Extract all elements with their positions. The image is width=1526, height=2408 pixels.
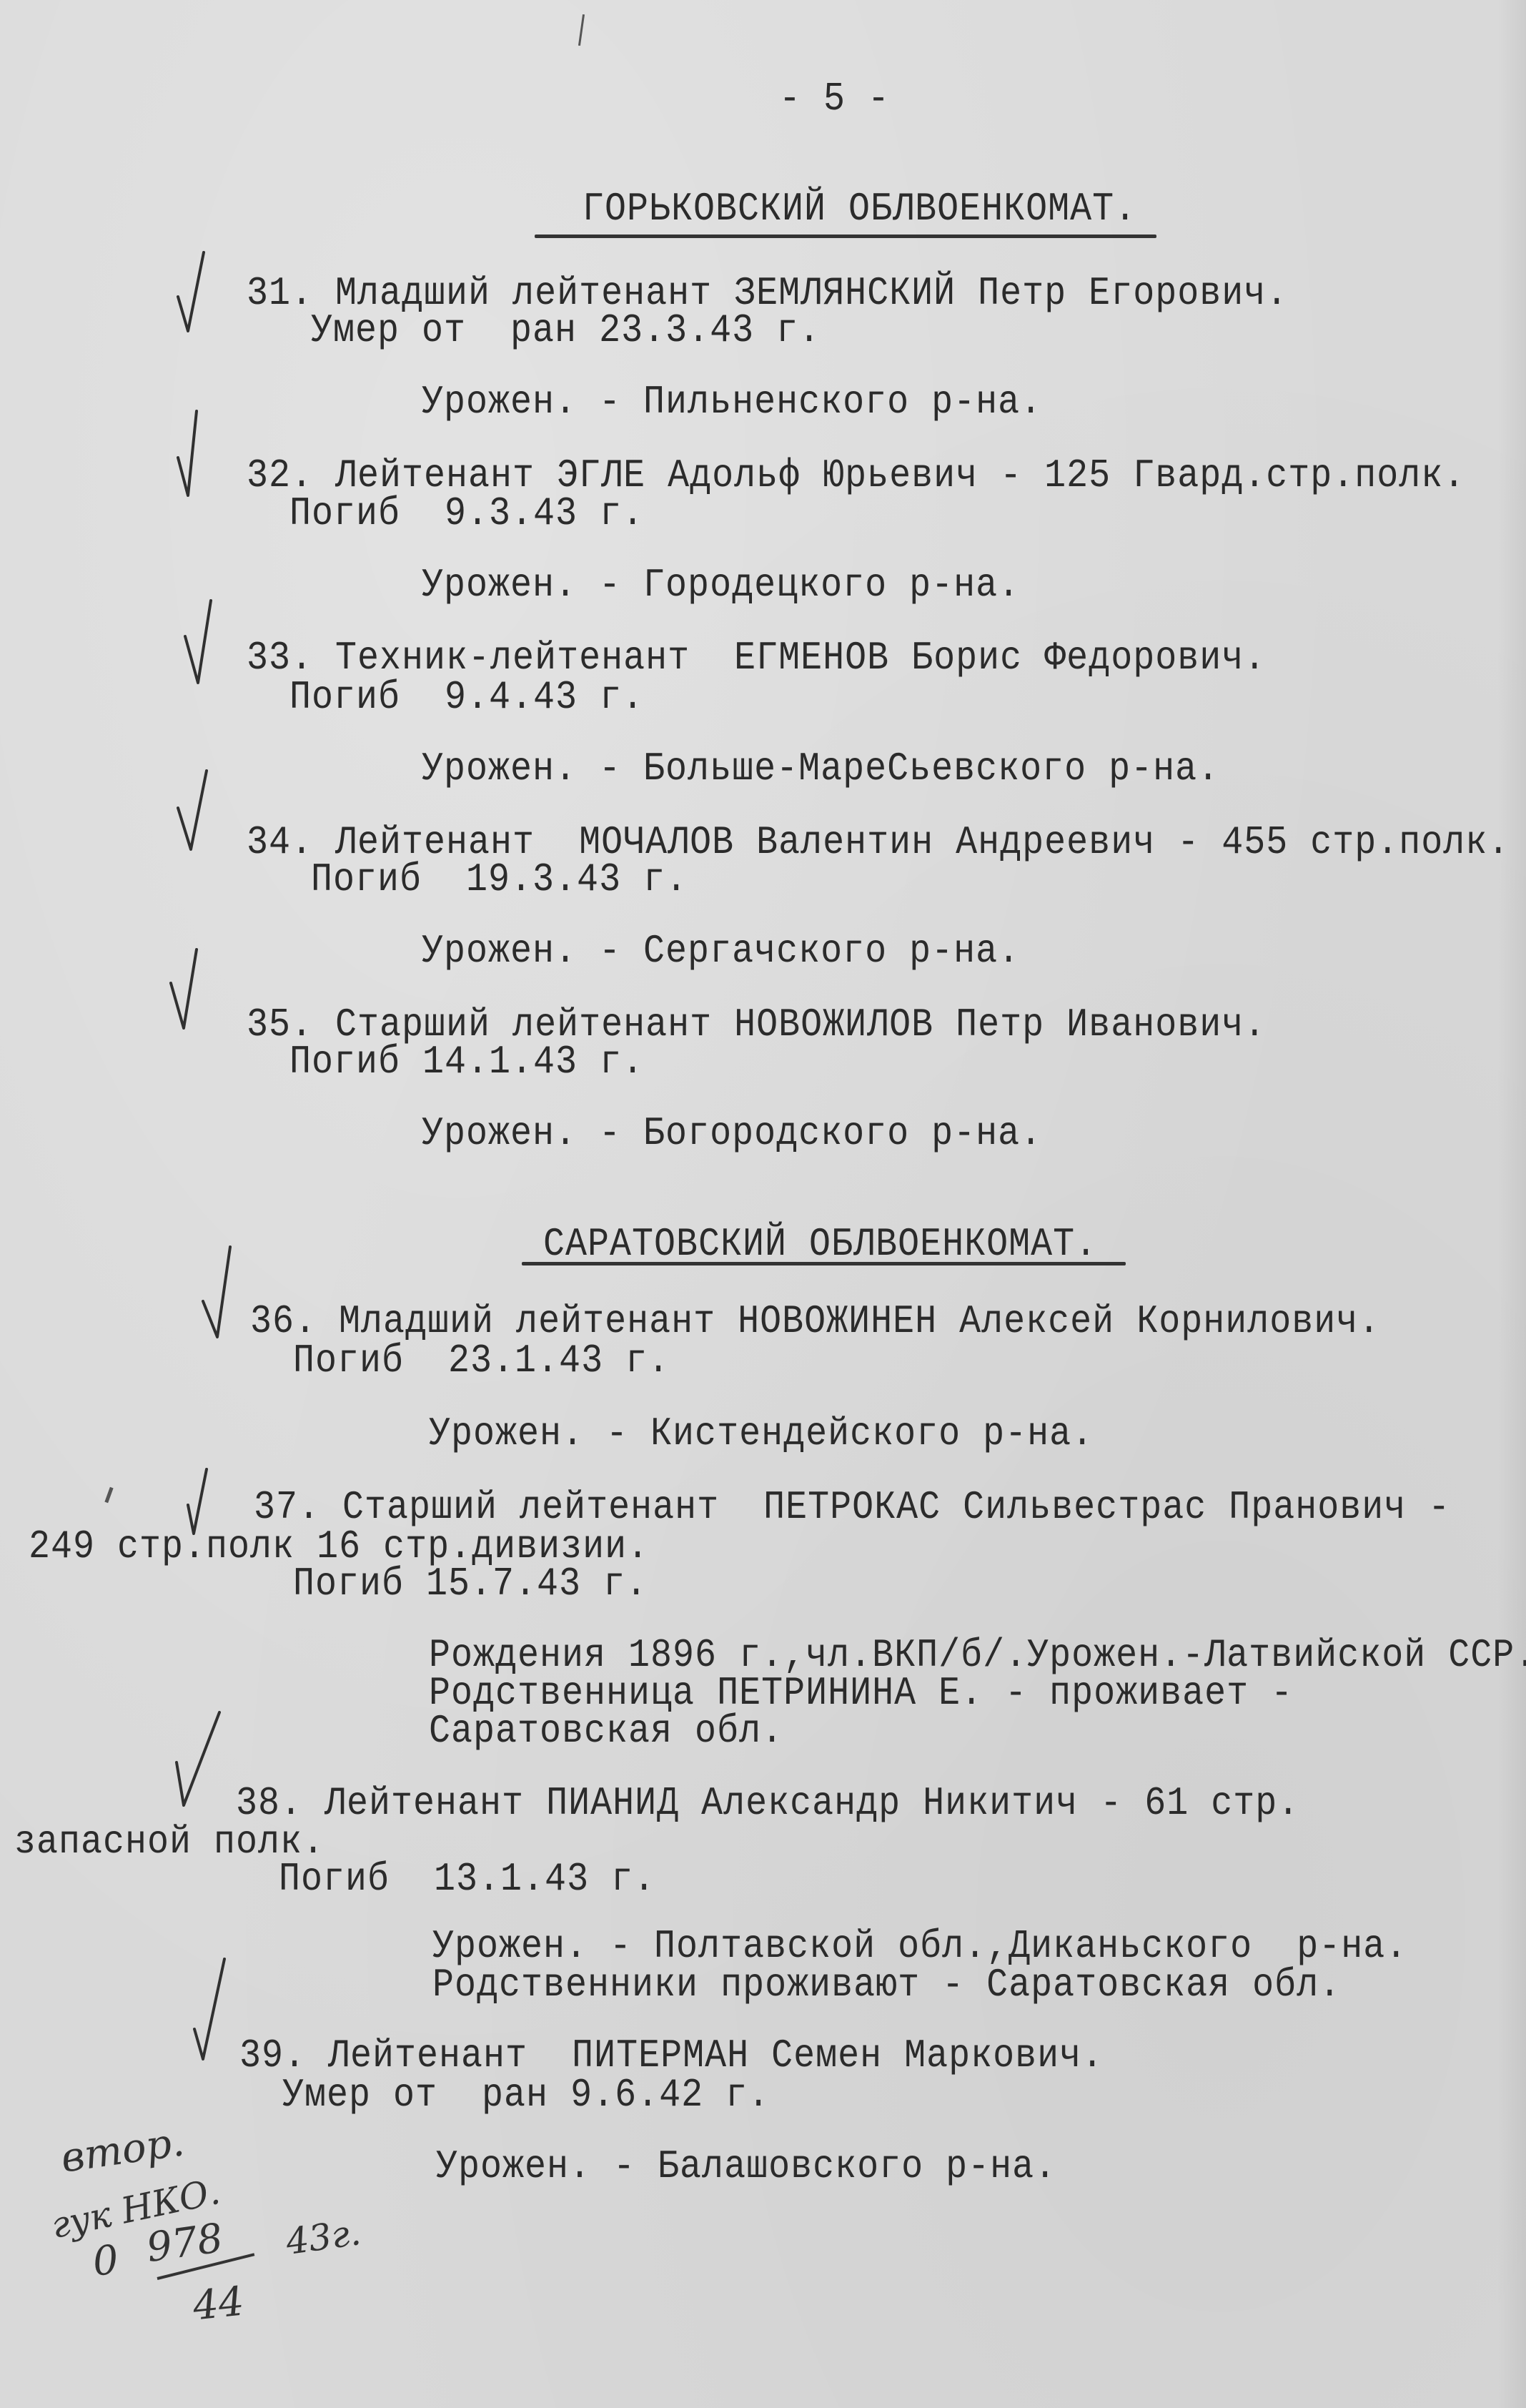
entry-37-status: Погиб 15.7.43 г. (293, 1562, 648, 1607)
entry-36-birthplace: Урожен. - Кистендейского р-на. (429, 1412, 1094, 1457)
entry-32-status: Погиб 9.3.43 г. (289, 492, 644, 537)
entry-34-birthplace: Урожен. - Сергачского р-на. (422, 929, 1020, 974)
checkmark-icon (168, 944, 211, 1044)
entry-35-birthplace: Урожен. - Богородского р-на. (422, 1112, 1042, 1157)
entry-34-status: Погиб 19.3.43 г. (311, 858, 688, 903)
section-heading-saratov: САРАТОВСКИЙ ОБЛВОЕНКОМАТ. (543, 1223, 1097, 1268)
entry-31-status: Умер от ран 23.3.43 г. (311, 309, 821, 354)
entry-31-birthplace: Урожен. - Пильненского р-на. (422, 380, 1042, 425)
checkmark-icon (175, 247, 218, 347)
entry-39-status: Умер от ран 9.6.42 г. (282, 2073, 770, 2118)
page-edge-shadow (1497, 0, 1526, 2408)
entry-35-status: Погиб 14.1.43 г. (289, 1040, 644, 1085)
entry-38-unit: запасной полк. (14, 1820, 324, 1865)
entry-33-status: Погиб 9.4.43 г. (289, 676, 644, 721)
heading-underline (522, 1262, 1126, 1265)
entry-39-birthplace: Урожен. - Балашовского р-на. (436, 2145, 1056, 2190)
heading-underline (535, 235, 1156, 238)
entry-38-title: 38. Лейтенант ПИАНИД Александр Никитич -… (236, 1782, 1299, 1827)
entry-36-status: Погиб 23.1.43 г. (293, 1339, 670, 1384)
checkmark-icon (193, 1959, 236, 2059)
handwritten-note-denominator: 44 (191, 2278, 247, 2329)
checkmark-icon (175, 1712, 218, 1812)
entry-37-detail-3: Саратовская обл. (429, 1709, 783, 1755)
entry-38-detail-2: Родственники проживают - Саратовская обл… (432, 1963, 1341, 2008)
checkmark-icon (200, 1244, 243, 1344)
entry-33-birthplace: Урожен. - Больше-МареСьевского р-на. (422, 747, 1219, 792)
page-number: - 5 - (779, 77, 890, 122)
entry-38-status: Погиб 13.1.43 г. (279, 1857, 655, 1903)
checkmark-icon (175, 404, 218, 504)
checkmark-icon (182, 593, 225, 694)
handwritten-note-prefix: 0 (91, 2236, 121, 2285)
entry-32-birthplace: Урожен. - Городецкого р-на. (422, 563, 1020, 608)
checkmark-icon (175, 765, 218, 865)
section-heading-gorky: ГОРЬКОВСКИЙ ОБЛВОЕНКОМАТ. (583, 187, 1136, 232)
